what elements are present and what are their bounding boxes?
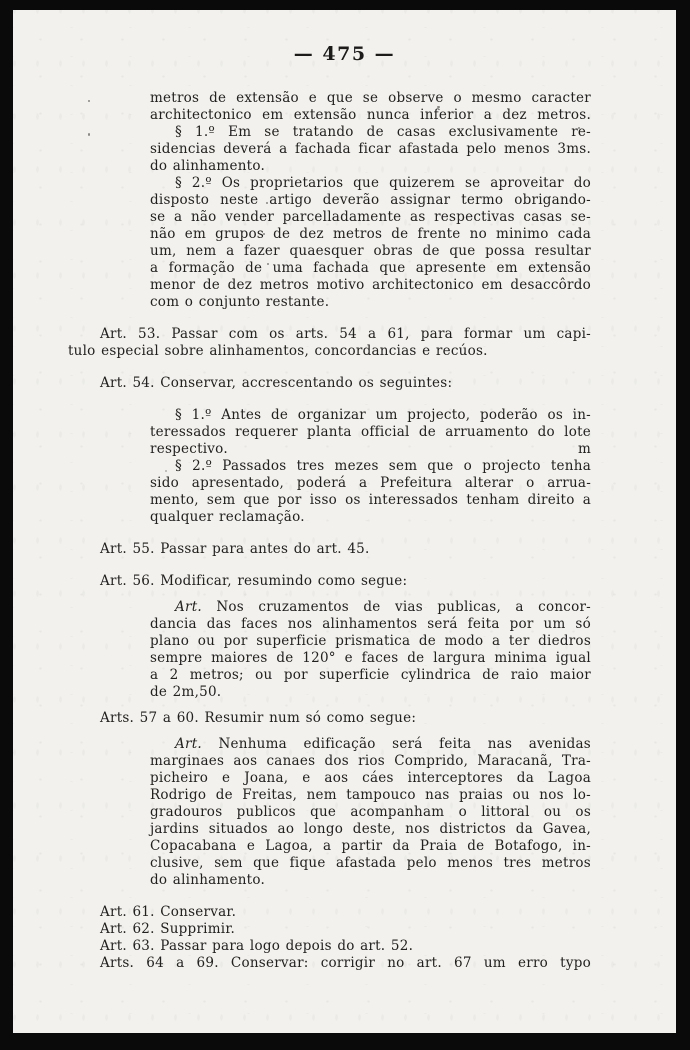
paragraph-s2: § 2.º Os proprietarios que quizerem se a…: [150, 175, 591, 311]
text-line: Art. 53. Passar com os arts. 54 a 61, pa…: [68, 326, 591, 343]
text-line: Art. Nenhuma edificação será feita nas a…: [150, 736, 591, 753]
scan-speck: [88, 133, 90, 136]
text-line: sido apresentado, poderá a Prefeitura al…: [150, 475, 591, 492]
paragraph-arts-64-69: Arts. 64 a 69. Conservar: corrigir no ar…: [68, 955, 591, 972]
text-line: tulo especial sobre alinhamentos, concor…: [68, 343, 591, 360]
text-line: architectonico em extensão nunca inferio…: [150, 107, 591, 124]
text-line: § 2.º Os proprietarios que quizerem se a…: [150, 175, 591, 192]
text-line: qualquer reclamação.: [150, 509, 591, 526]
scan-speck: [263, 233, 265, 235]
text-line: Arts. 64 a 69. Conservar: corrigir no ar…: [68, 955, 591, 972]
text-line: § 1.º Antes de organizar um projecto, po…: [150, 407, 591, 424]
text-line: a formação de uma fachada que apresente …: [150, 260, 591, 277]
italic-lead: Art.: [175, 736, 202, 752]
text-line: Art. 61. Conservar.: [68, 904, 591, 921]
text-line: Rodrigo de Freitas, nem tampouco nas pra…: [150, 787, 591, 804]
text-line: mrespectivo.: [150, 441, 591, 458]
paragraph-arts-57-60: Arts. 57 a 60. Resumir num só como segue…: [68, 710, 591, 727]
continuation-paragraph: metros de extensão e que se observe o me…: [150, 90, 591, 124]
paragraph-art-53: Art. 53. Passar com os arts. 54 a 61, pa…: [68, 326, 591, 360]
text-line: um, nem a fazer quaesquer obras de que p…: [150, 243, 591, 260]
text-line: dancia das faces nos alinhamentos será f…: [150, 616, 591, 633]
text-line: Art. 56. Modificar, resumindo como segue…: [68, 573, 591, 590]
text-line: do alinhamento.: [150, 872, 591, 889]
text-line: marginaes aos canaes dos rios Comprido, …: [150, 753, 591, 770]
text-line: menor de dez metros motivo architectonic…: [150, 277, 591, 294]
text-line: Copacabana e Lagoa, a partir da Praia de…: [150, 838, 591, 855]
text-line: Arts. 57 a 60. Resumir num só como segue…: [68, 710, 591, 727]
paragraph-art-63: Art. 63. Passar para logo depois do art.…: [68, 938, 591, 955]
scan-speck: [437, 106, 440, 108]
scan-speck: [262, 186, 264, 188]
text-line: não em grupos de dez metros de frente no…: [150, 226, 591, 243]
text-line: mento, sem que por isso os interessados …: [150, 492, 591, 509]
paragraph-art-61: Art. 61. Conservar.: [68, 904, 591, 921]
scan-speck: [88, 100, 90, 102]
paragraph-art-62: Art. 62. Supprimir.: [68, 921, 591, 938]
page-number: — 475 —: [13, 43, 676, 65]
text-line: Art. 62. Supprimir.: [68, 921, 591, 938]
paragraph-art-56: Art. 56. Modificar, resumindo como segue…: [68, 573, 591, 590]
text-line: disposto neste artigo deverão assignar t…: [150, 192, 591, 209]
paragraph-art-56-text: Art. Nos cruzamentos de vias publicas, a…: [150, 599, 591, 701]
scan-speck: [165, 470, 167, 472]
text-line: Art. Nos cruzamentos de vias publicas, a…: [150, 599, 591, 616]
text-line: jardins situados ao longo deste, nos dis…: [150, 821, 591, 838]
text-line: plano ou por superficie prismatica de mo…: [150, 633, 591, 650]
paragraph-art-54: Art. 54. Conservar, accrescentando os se…: [68, 375, 591, 392]
stray-print-mark: m: [578, 441, 591, 458]
scan-speck: [578, 127, 580, 129]
text-line: metros de extensão e que se observe o me…: [150, 90, 591, 107]
text-line: teressados requerer planta official de a…: [150, 424, 591, 441]
document-content: metros de extensão e que se observe o me…: [13, 90, 676, 972]
text-line: sidencias deverá a fachada ficar afastad…: [150, 141, 591, 158]
text-line: clusive, sem que fique afastada pelo men…: [150, 855, 591, 872]
text-line: gradouros publicos que acompanham o litt…: [150, 804, 591, 821]
text-line: Art. 54. Conservar, accrescentando os se…: [68, 375, 591, 392]
text-line: do alinhamento.: [150, 158, 591, 175]
italic-lead: Art.: [175, 599, 202, 615]
text-line: de 2m,50.: [150, 684, 591, 701]
scan-speck: [266, 202, 268, 204]
paragraph-arts-57-60-text: Art. Nenhuma edificação será feita nas a…: [150, 736, 591, 889]
scan-black-border: — 475 — metros de extensão e que se obse…: [0, 0, 690, 1050]
paragraph-art-54-s1: § 1.º Antes de organizar um projecto, po…: [150, 407, 591, 458]
scan-speck: [300, 942, 302, 944]
text-line: com o conjunto restante.: [150, 294, 591, 311]
text-line: Art. 63. Passar para logo depois do art.…: [68, 938, 591, 955]
paragraph-s1: § 1.º Em se tratando de casas exclusivam…: [150, 124, 591, 175]
text-line: picheiro e Joana, e aos cáes interceptor…: [150, 770, 591, 787]
text-line: sempre maiores de 120° e faces de largur…: [150, 650, 591, 667]
document-page: — 475 — metros de extensão e que se obse…: [13, 10, 676, 1033]
scan-speck: [267, 263, 269, 265]
text-line: § 1.º Em se tratando de casas exclusivam…: [150, 124, 591, 141]
text-line: se a não vender parcelladamente as respe…: [150, 209, 591, 226]
paragraph-art-54-s2: § 2.º Passados tres mezes sem que o proj…: [150, 458, 591, 526]
text-line: a 2 metros; ou por superficie cylindrica…: [150, 667, 591, 684]
text-line: § 2.º Passados tres mezes sem que o proj…: [150, 458, 591, 475]
text-line: Art. 55. Passar para antes do art. 45.: [68, 541, 591, 558]
paragraph-art-55: Art. 55. Passar para antes do art. 45.: [68, 541, 591, 558]
